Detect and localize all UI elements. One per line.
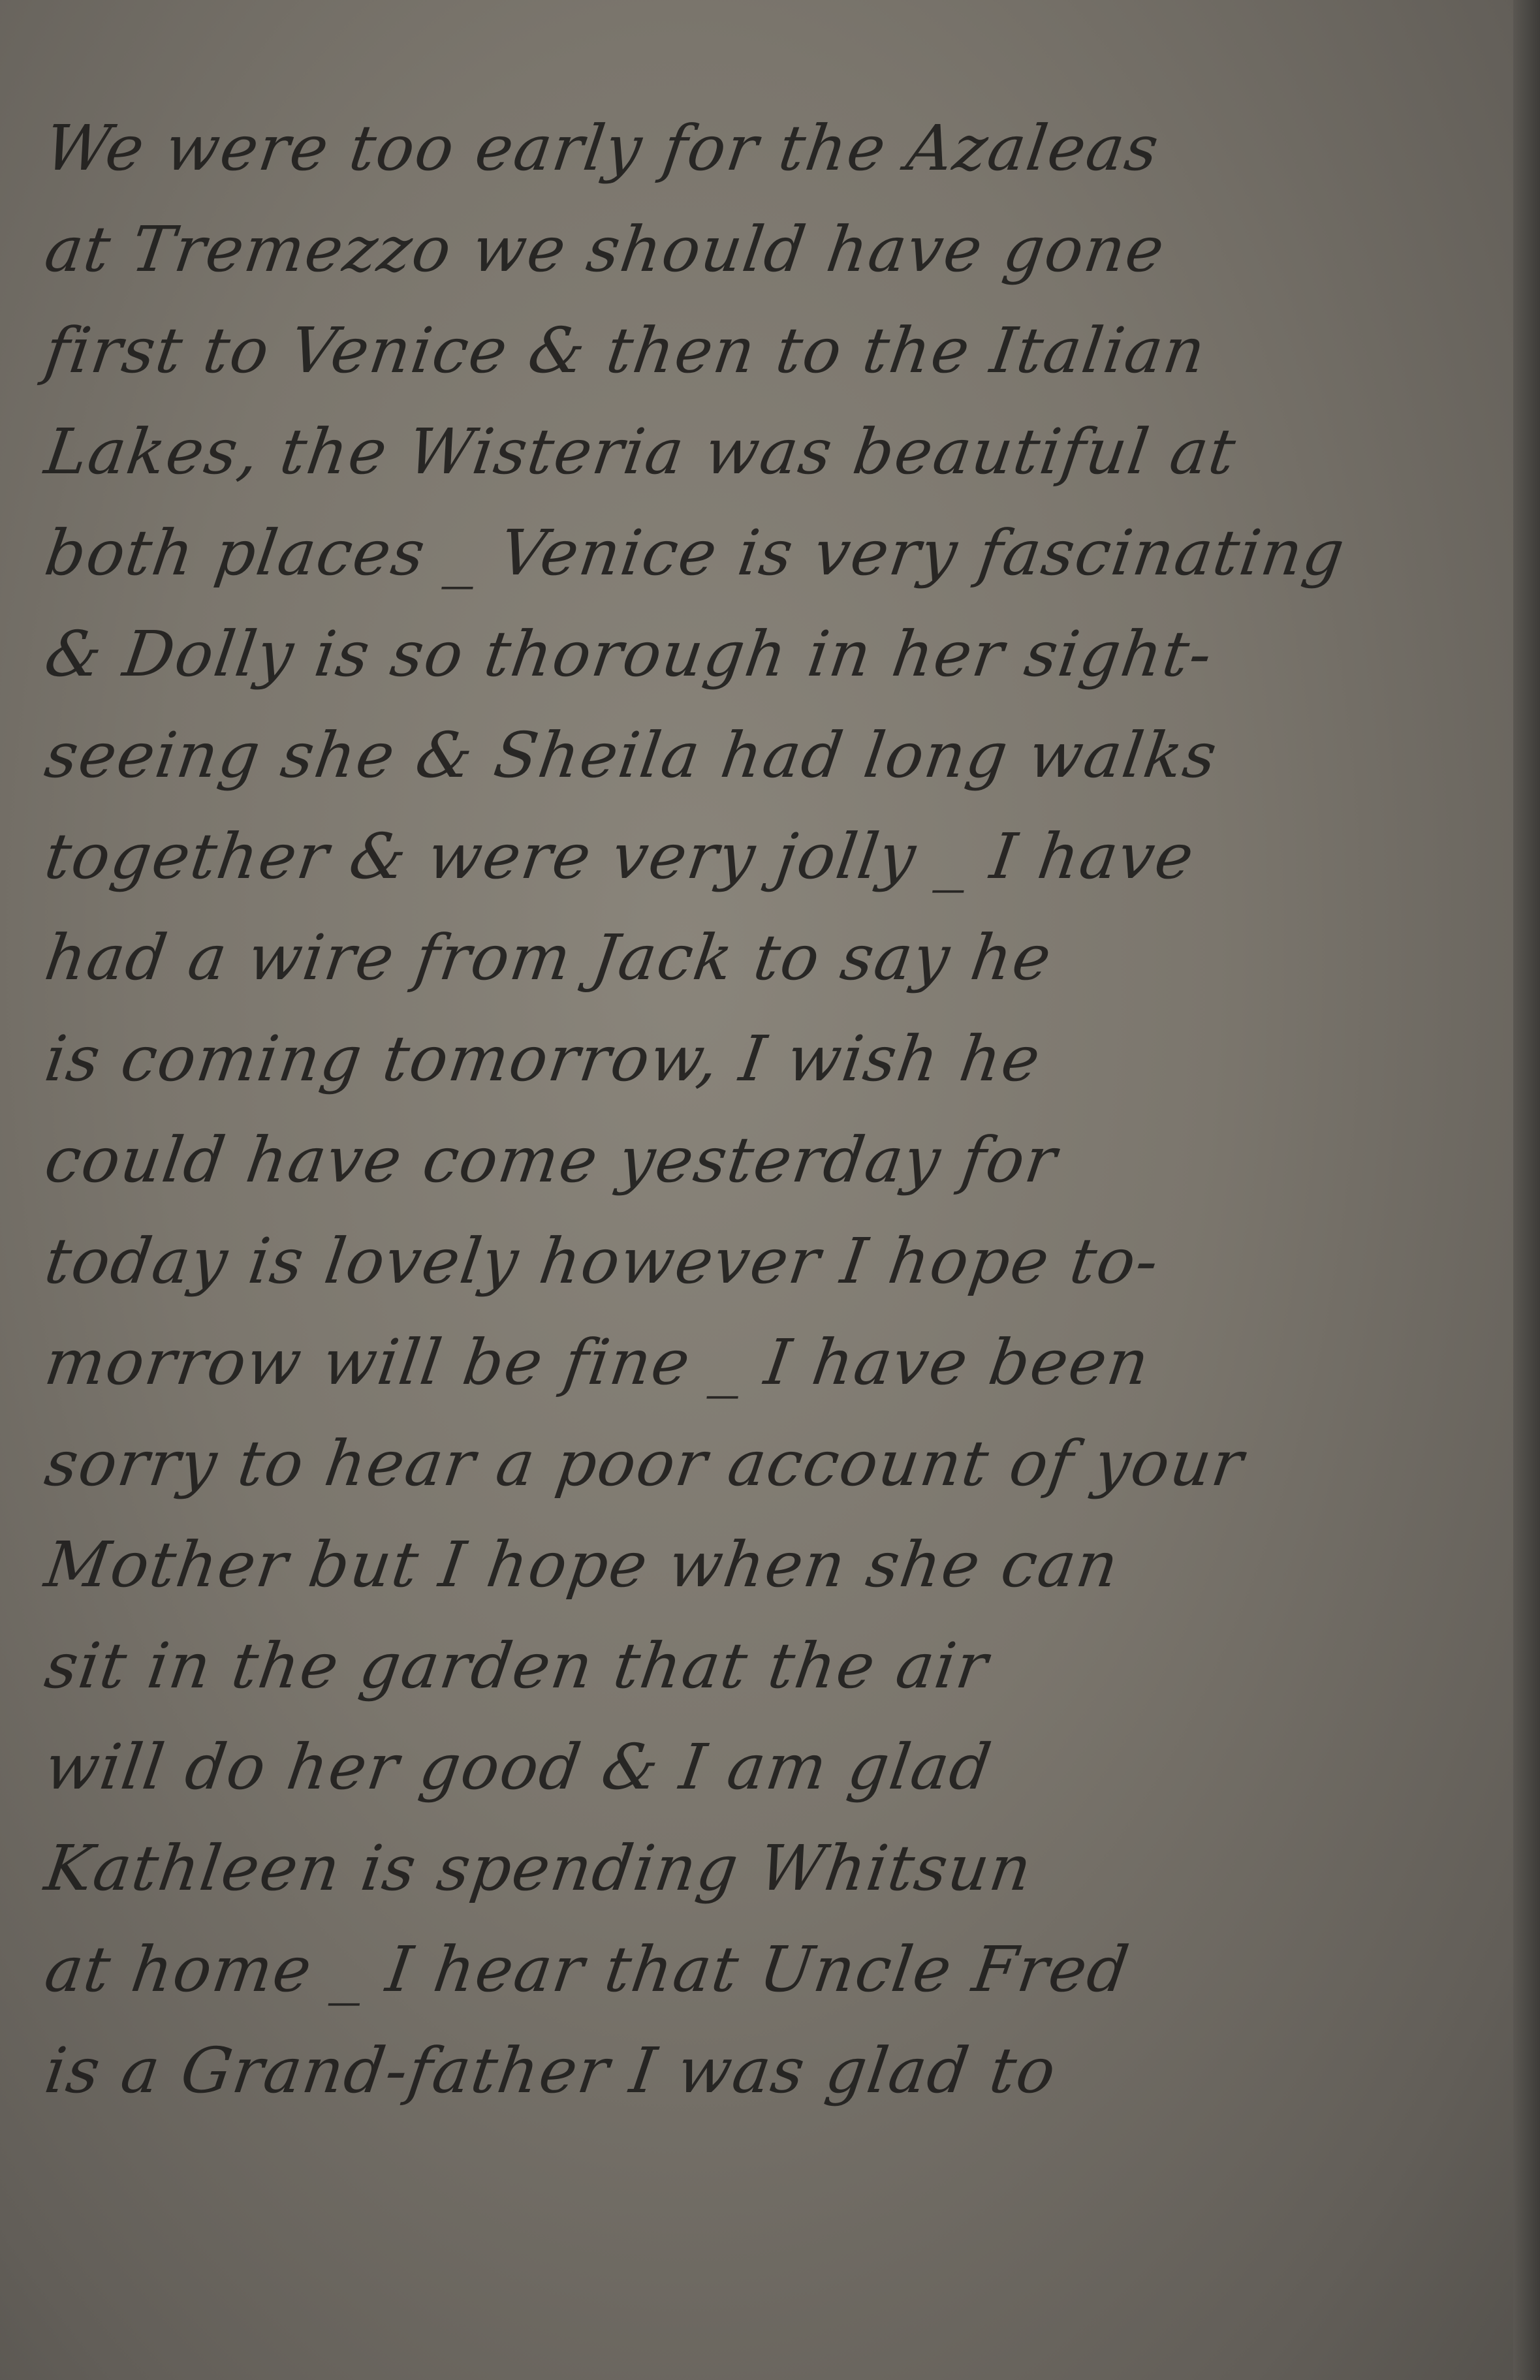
text-line: seeing she & Sheila had long walks bbox=[39, 705, 1509, 806]
text-line: Kathleen is spending Whitsun bbox=[39, 1818, 1509, 1919]
handwritten-text: We were too early for the Azaleas at Tre… bbox=[46, 98, 1501, 2122]
text-line: sorry to hear a poor account of your bbox=[39, 1413, 1509, 1514]
text-line: morrow will be fine _ I have been bbox=[39, 1312, 1509, 1413]
text-line: first to Venice & then to the Italian bbox=[39, 300, 1509, 401]
text-line: at Tremezzo we should have gone bbox=[39, 199, 1509, 300]
text-line: & Dolly is so thorough in her sight- bbox=[39, 604, 1509, 705]
text-line: had a wire from Jack to say he bbox=[39, 907, 1509, 1009]
text-line: today is lovely however I hope to- bbox=[39, 1211, 1509, 1312]
text-line: sit in the garden that the air bbox=[39, 1616, 1509, 1717]
letter-page: We were too early for the Azaleas at Tre… bbox=[0, 0, 1521, 2380]
text-line: We were too early for the Azaleas bbox=[39, 98, 1509, 199]
text-line: could have come yesterday for bbox=[39, 1110, 1509, 1211]
text-line: is coming tomorrow, I wish he bbox=[39, 1009, 1509, 1110]
text-line: Mother but I hope when she can bbox=[39, 1514, 1509, 1616]
text-line: at home _ I hear that Uncle Fred bbox=[39, 1919, 1509, 2020]
text-line: will do her good & I am glad bbox=[39, 1717, 1509, 1818]
text-line: together & were very jolly _ I have bbox=[39, 806, 1509, 907]
background-edge bbox=[1513, 0, 1540, 2380]
text-line: both places _ Venice is very fascinating bbox=[39, 503, 1509, 604]
text-line: is a Grand-father I was glad to bbox=[39, 2020, 1509, 2122]
text-line: Lakes, the Wisteria was beautiful at bbox=[39, 401, 1509, 503]
